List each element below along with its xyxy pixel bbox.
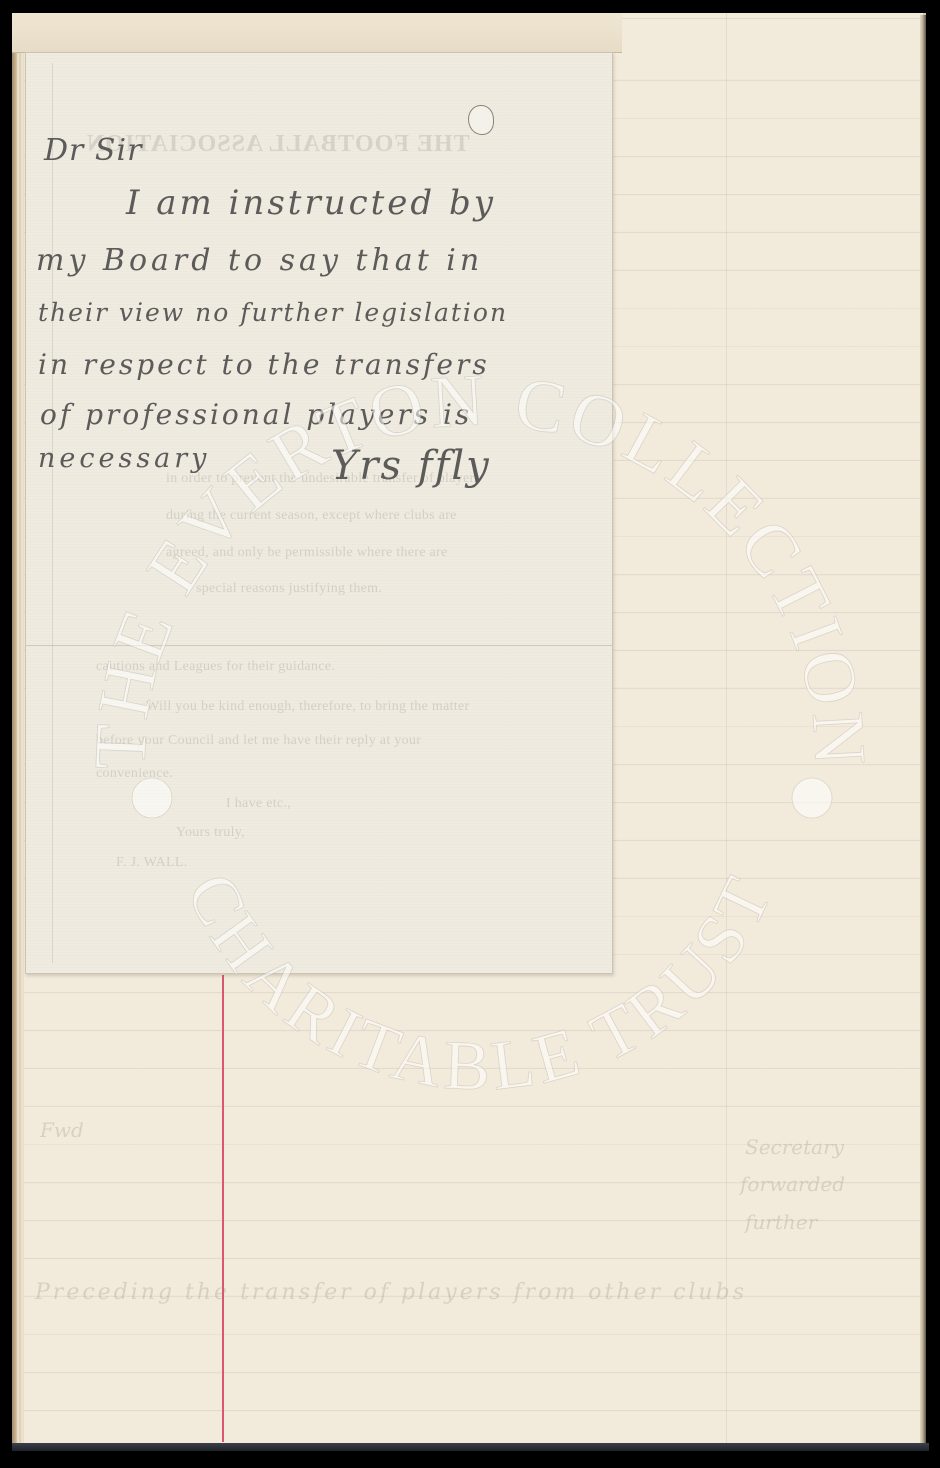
bleed-through-heading: THE FOOTBALL ASSOCIATION — [86, 131, 470, 158]
bleed-through-line: Will you be kind enough, therefore, to b… — [146, 699, 469, 715]
ledger-entry: forwarded — [740, 1172, 845, 1196]
letter-line: their view no further legislation — [38, 298, 508, 327]
letter-line: necessary — [38, 443, 210, 474]
letter-line: my Board to say that in — [36, 243, 483, 278]
bleed-through-line: during the current season, except where … — [166, 508, 457, 524]
sheet-top-fold — [12, 13, 622, 53]
page-edge-stack — [12, 13, 24, 1443]
bleed-through-line: I have etc., — [226, 796, 291, 812]
sheet-rule — [52, 63, 53, 963]
ledger-entry: Preceding the transfer of players from o… — [35, 1280, 747, 1305]
bleed-through-line: Yours truly, — [176, 825, 245, 841]
bleed-through-line: cautions and Leagues for their guidance. — [96, 659, 335, 675]
letter-line: I am instructed by — [126, 183, 496, 223]
letter-line: in respect to the transfers — [38, 348, 490, 381]
ledger-entry: Fwd — [40, 1118, 84, 1142]
letter-closing: Yrs ffly — [331, 443, 491, 489]
ledger-right-edge — [920, 15, 926, 1445]
bleed-through-line: special reasons justifying them. — [196, 581, 382, 597]
ledger-entry: further — [745, 1210, 817, 1234]
bleed-through-line: convenience. — [96, 766, 173, 782]
letter-salutation: Dr Sir — [44, 133, 142, 168]
ledger-entry: Secretary — [745, 1135, 844, 1159]
ledger-column-rule — [726, 13, 727, 1443]
bleed-through-line: agreed, and only be permissible where th… — [166, 545, 448, 561]
pasted-letter-sheet: THE FOOTBALL ASSOCIATION in order to pre… — [25, 52, 613, 974]
bleed-through-line: F. J. WALL. — [116, 855, 188, 871]
book-cover-edge — [12, 1443, 929, 1451]
punch-hole — [468, 105, 494, 135]
letter-line: of professional players is — [40, 398, 472, 431]
bleed-through-line: before your Council and let me have thei… — [96, 733, 421, 749]
red-margin-rule — [222, 975, 224, 1442]
sheet-fold-line — [26, 645, 612, 646]
